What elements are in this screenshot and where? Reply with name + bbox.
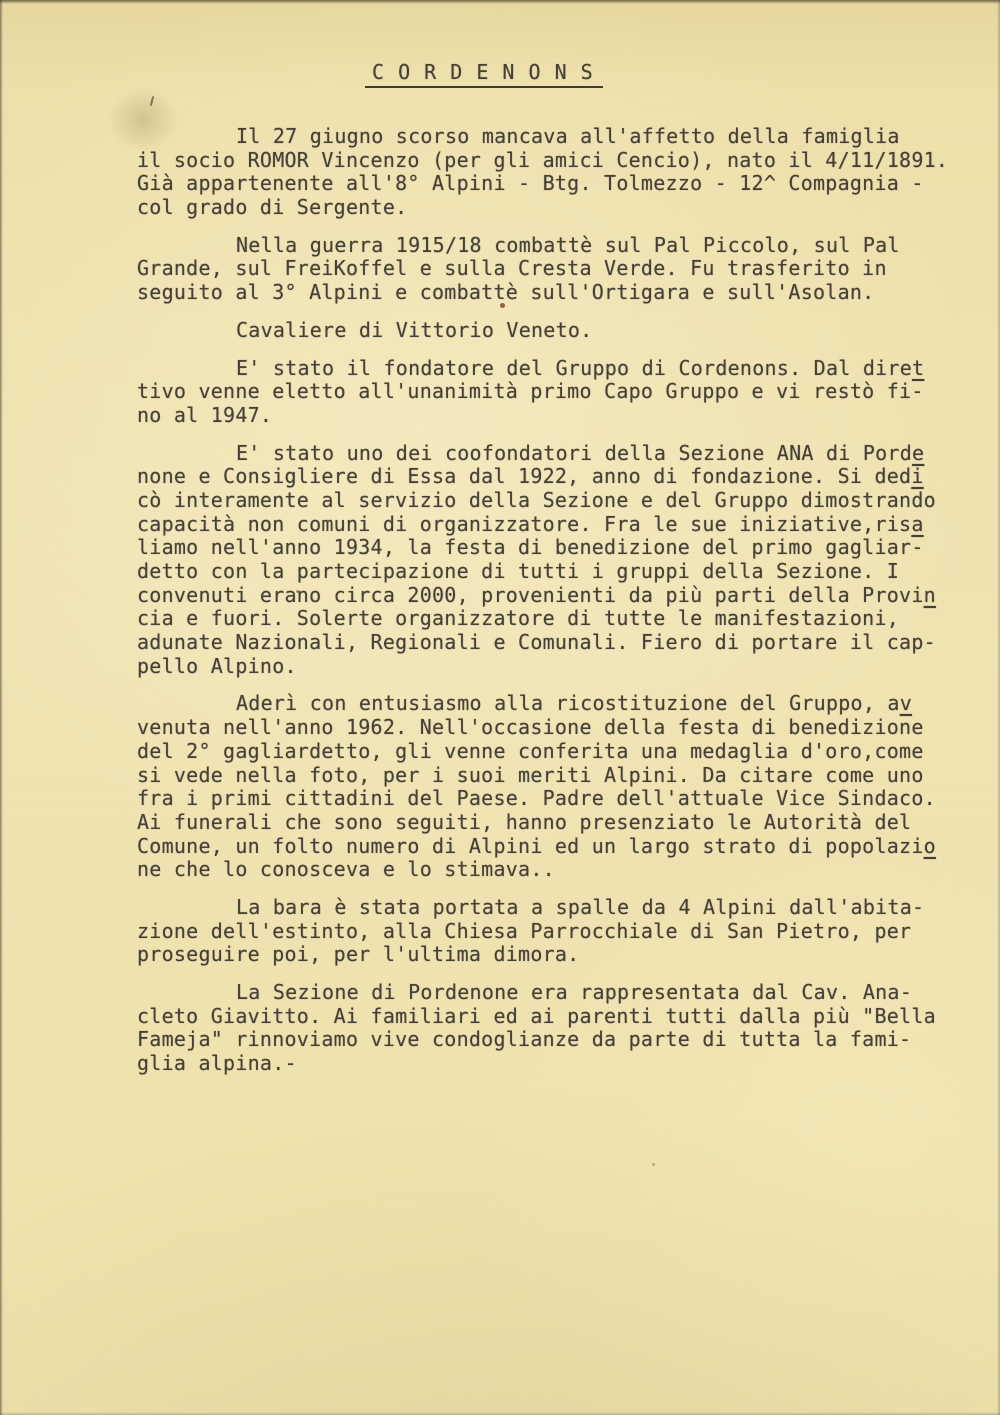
text-line: cleto Giavitto. Ai familiari ed ai paren… xyxy=(137,1005,953,1029)
text-line: liamo nell'anno 1934, la festa di benedi… xyxy=(137,536,953,560)
text-line: La Sezione di Pordenone era rappresentat… xyxy=(137,981,953,1005)
underlined-syllable: a xyxy=(911,512,923,536)
underlined-syllable: o xyxy=(924,834,936,858)
underlined-syllable: e xyxy=(912,441,924,465)
page-title: C O R D E N O N S xyxy=(365,60,603,88)
text-line: zione dell'estinto, alla Chiesa Parrocch… xyxy=(137,920,953,944)
text-line: proseguire poi, per l'ultima dimora. xyxy=(137,943,953,967)
paragraph: E' stato il fondatore del Gruppo di Cord… xyxy=(137,357,953,428)
paragraph: Cavaliere di Vittorio Veneto. xyxy=(137,319,953,343)
paragraph: Nella guerra 1915/18 combattè sul Pal Pi… xyxy=(137,234,953,305)
underlined-syllable: t xyxy=(912,356,924,380)
scan-edge-left xyxy=(0,0,3,1415)
paragraph: Il 27 giugno scorso mancava all'affetto … xyxy=(137,125,953,220)
text-line: Il 27 giugno scorso mancava all'affetto … xyxy=(137,125,953,149)
scanned-document-page: C O R D E N O N S Il 27 giugno scorso ma… xyxy=(0,0,1000,1415)
text-line: adunate Nazionali, Regionali e Comunali.… xyxy=(137,631,953,655)
scan-edge-top xyxy=(0,0,1000,4)
text-line: fra i primi cittadini del Paese. Padre d… xyxy=(137,787,953,811)
text-line: Aderì con entusiasmo alla ricostituzione… xyxy=(137,692,953,716)
underlined-syllable: n xyxy=(924,583,936,607)
text-line: tivo venne eletto all'unanimità primo Ca… xyxy=(137,380,953,404)
text-line: pello Alpino. xyxy=(137,655,953,679)
paragraph: E' stato uno dei coofondatori della Sezi… xyxy=(137,442,953,679)
text-line: La bara è stata portata a spalle da 4 Al… xyxy=(137,896,953,920)
text-line: Comune, un folto numero di Alpini ed un … xyxy=(137,835,953,859)
paragraphs: Il 27 giugno scorso mancava all'affetto … xyxy=(137,125,953,1076)
text-line: cia e fuori. Solerte organizzatore di tu… xyxy=(137,607,953,631)
text-line: ne che lo conosceva e lo stimava.. xyxy=(137,858,953,882)
text-line: Ai funerali che sono seguiti, hanno pres… xyxy=(137,811,953,835)
text-line: Già appartenente all'8° Alpini - Btg. To… xyxy=(137,172,953,196)
text-line: Fameja" rinnoviamo vive condoglianze da … xyxy=(137,1028,953,1052)
paragraph: La bara è stata portata a spalle da 4 Al… xyxy=(137,896,953,967)
text-line: Grande, sul FreiKoffel e sulla Cresta Ve… xyxy=(137,257,953,281)
text-line: glia alpina.- xyxy=(137,1052,953,1076)
text-line: E' stato uno dei coofondatori della Sezi… xyxy=(137,442,953,466)
typewritten-text-column: C O R D E N O N S Il 27 giugno scorso ma… xyxy=(137,60,953,1090)
text-line: del 2° gagliardetto, gli venne conferita… xyxy=(137,740,953,764)
paragraph: La Sezione di Pordenone era rappresentat… xyxy=(137,981,953,1076)
paragraph: Aderì con entusiasmo alla ricostituzione… xyxy=(137,692,953,882)
text-line: il socio ROMOR Vincenzo (per gli amici C… xyxy=(137,149,953,173)
text-line: convenuti erano circa 2000, provenienti … xyxy=(137,584,953,608)
text-line: no al 1947. xyxy=(137,404,953,428)
text-line: detto con la partecipazione di tutti i g… xyxy=(137,560,953,584)
text-line: capacità non comuni di organizzatore. Fr… xyxy=(137,513,953,537)
paper-speck xyxy=(652,1163,655,1166)
text-line: Cavaliere di Vittorio Veneto. xyxy=(137,319,953,343)
text-line: none e Consigliere di Essa dal 1922, ann… xyxy=(137,465,953,489)
underlined-syllable: v xyxy=(900,691,912,715)
text-line: col grado di Sergente. xyxy=(137,196,953,220)
text-line: si vede nella foto, per i suoi meriti Al… xyxy=(137,764,953,788)
text-line: venuta nell'anno 1962. Nell'occasione de… xyxy=(137,716,953,740)
text-line: seguito al 3° Alpini e combattè sull'Ort… xyxy=(137,281,953,305)
text-line: E' stato il fondatore del Gruppo di Cord… xyxy=(137,357,953,381)
text-line: cò interamente al servizio della Sezione… xyxy=(137,489,953,513)
text-line: Nella guerra 1915/18 combattè sul Pal Pi… xyxy=(137,234,953,258)
underlined-syllable: i xyxy=(911,464,923,488)
